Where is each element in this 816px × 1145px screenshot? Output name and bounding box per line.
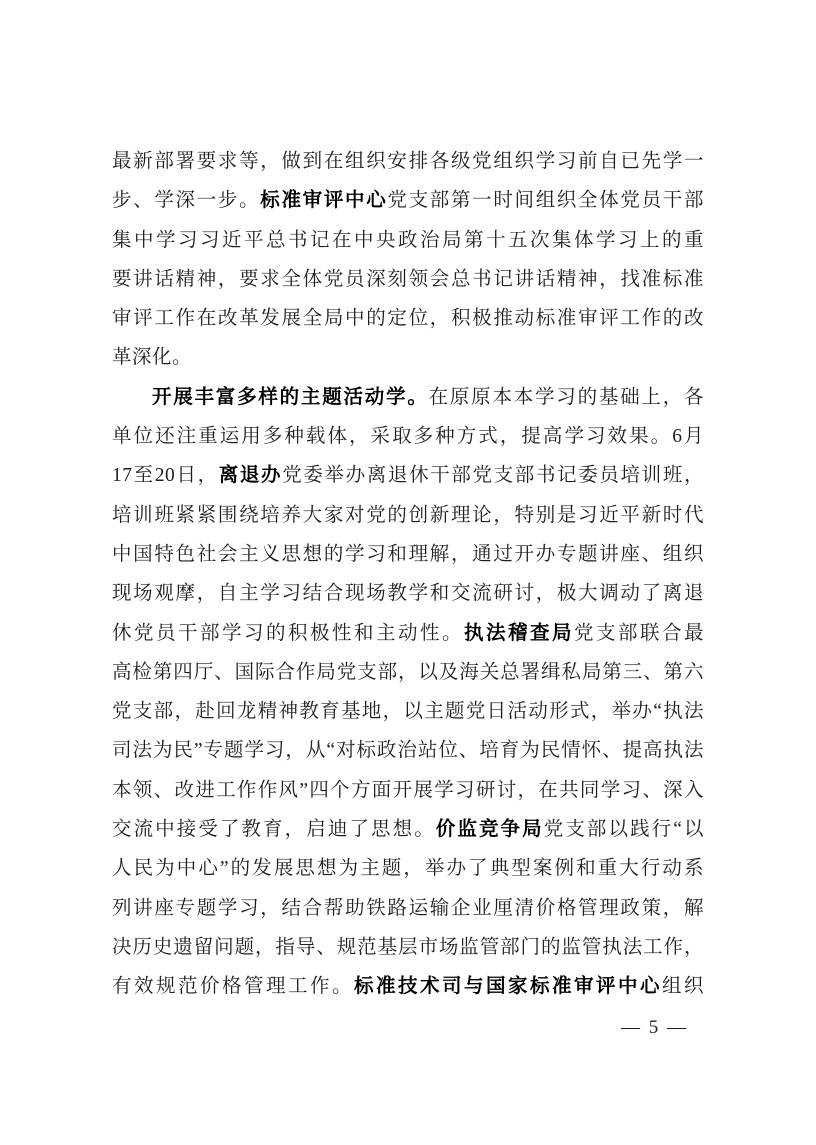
text-run: 审评工作在改革发展全局中的定位，积极推动标准审评工作的改 — [112, 308, 704, 329]
text-line: 审评工作在改革发展全局中的定位，积极推动标准审评工作的改 — [112, 299, 704, 338]
text-line: 列讲座专题学习，结合帮助铁路运输企业厘清价格管理政策，解 — [112, 889, 704, 928]
text-line: 单位还注重运用多种载体，采取多种方式，提高学习效果。6月 — [112, 417, 704, 456]
text-run: 党支部，赴回龙精神教育基地，以主题党日活动形式，举办“执法 — [112, 701, 704, 722]
paragraph-2: 开展丰富多样的主题活动学。在原原本本学习的基础上，各单位还注重运用多种载体，采取… — [112, 378, 704, 1007]
text-line: 有效规范价格管理工作。标准技术司与国家标准审评中心组织 — [112, 967, 704, 1006]
text-run: 革深化。 — [112, 347, 192, 368]
text-run: 中国特色社会主义思想的学习和理解，通过开办专题讲座、组织 — [112, 544, 704, 565]
text-line: 党支部，赴回龙精神教育基地，以主题党日活动形式，举办“执法 — [112, 692, 704, 731]
text-run: 有效规范价格管理工作。 — [112, 976, 354, 997]
text-line: 17至20日，离退办党委举办离退休干部党支部书记委员培训班， — [112, 456, 704, 495]
text-run: 决历史遗留问题，指导、规范基层市场监管部门的监管执法工作， — [112, 937, 704, 958]
text-run-bold: 价监竞争局 — [436, 819, 544, 840]
text-line: 现场观摩，自主学习结合现场教学和交流研讨，极大调动了离退 — [112, 574, 704, 613]
text-line: 中国特色社会主义思想的学习和理解，通过开办专题讲座、组织 — [112, 535, 704, 574]
text-run: 组织 — [662, 976, 704, 997]
text-line: 要讲话精神，要求全体党员深刻领会总书记讲话精神，找准标准 — [112, 260, 704, 299]
text-run-bold: 标准审评中心 — [260, 190, 387, 211]
text-line: 最新部署要求等，做到在组织安排各级党组织学习前自已先学一 — [112, 142, 704, 181]
text-line: 开展丰富多样的主题活动学。在原原本本学习的基础上，各 — [112, 378, 704, 417]
text-run: 高检第四厅、国际合作局党支部，以及海关总署缉私局第三、第六 — [112, 662, 704, 683]
text-line: 革深化。 — [112, 338, 704, 377]
text-run-bold: 离退办 — [219, 465, 282, 486]
text-line: 司法为民”专题学习，从“对标政治站位、培育为民情怀、提高执法 — [112, 731, 704, 770]
text-line: 培训班紧紧围绕培养大家对党的创新理论，特别是习近平新时代 — [112, 496, 704, 535]
text-run: 集中学习习近平总书记在中央政治局第十五次集体学习上的重 — [112, 230, 704, 251]
text-run: 培训班紧紧围绕培养大家对党的创新理论，特别是习近平新时代 — [112, 505, 704, 526]
text-run: 在原原本本学习的基础上，各 — [429, 387, 704, 408]
text-line: 本领、改进工作作风”四个方面开展学习研讨，在共同学习、深入 — [112, 771, 704, 810]
text-line: 人民为中心”的发展思想为主题，举办了典型案例和重大行动系 — [112, 849, 704, 888]
text-run-bold: 开展丰富多样的主题活动学。 — [152, 387, 429, 408]
text-run: 党支部第一时间组织全体党员干部 — [387, 190, 704, 211]
text-line: 决历史遗留问题，指导、规范基层市场监管部门的监管执法工作， — [112, 928, 704, 967]
text-run: 本领、改进工作作风”四个方面开展学习研讨，在共同学习、深入 — [112, 780, 704, 801]
text-run: 列讲座专题学习，结合帮助铁路运输企业厘清价格管理政策，解 — [112, 898, 704, 919]
text-line: 集中学习习近平总书记在中央政治局第十五次集体学习上的重 — [112, 221, 704, 260]
text-line: 高检第四厅、国际合作局党支部，以及海关总署缉私局第三、第六 — [112, 653, 704, 692]
document-body: 最新部署要求等，做到在组织安排各级党组织学习前自已先学一步、学深一步。标准审评中… — [112, 142, 704, 1007]
text-run-bold: 标准技术司与国家标准审评中心 — [354, 976, 662, 997]
text-run: 单位还注重运用多种载体，采取多种方式，提高学习效果。6月 — [112, 426, 704, 447]
text-run: 党支部联合最 — [574, 623, 704, 644]
page-number: — 5 — — [112, 1008, 704, 1047]
text-run: 现场观摩，自主学习结合现场教学和交流研讨，极大调动了离退 — [112, 583, 704, 604]
document-page: 最新部署要求等，做到在组织安排各级党组织学习前自已先学一步、学深一步。标准审评中… — [0, 0, 816, 1145]
text-line: 步、学深一步。标准审评中心党支部第一时间组织全体党员干部 — [112, 181, 704, 220]
text-run-bold: 执法稽查局 — [464, 623, 574, 644]
text-run: 最新部署要求等，做到在组织安排各级党组织学习前自已先学一 — [112, 151, 704, 172]
text-run: 休党员干部学习的积极性和主动性。 — [112, 623, 464, 644]
page-number-label: — 5 — — [621, 1017, 688, 1038]
text-run: 步、学深一步。 — [112, 190, 260, 211]
text-run: 交流中接受了教育，启迪了思想。 — [112, 819, 436, 840]
paragraph-1: 最新部署要求等，做到在组织安排各级党组织学习前自已先学一步、学深一步。标准审评中… — [112, 142, 704, 378]
text-run: 党支部以践行“以 — [544, 819, 704, 840]
text-line: 交流中接受了教育，启迪了思想。价监竞争局党支部以践行“以 — [112, 810, 704, 849]
text-run: 17至20日， — [112, 465, 219, 486]
text-run: 司法为民”专题学习，从“对标政治站位、培育为民情怀、提高执法 — [112, 740, 704, 761]
text-run: 人民为中心”的发展思想为主题，举办了典型案例和重大行动系 — [112, 858, 704, 879]
text-line: 休党员干部学习的积极性和主动性。执法稽查局党支部联合最 — [112, 614, 704, 653]
text-run: 党委举办离退休干部党支部书记委员培训班， — [282, 465, 704, 486]
text-run: 要讲话精神，要求全体党员深刻领会总书记讲话精神，找准标准 — [112, 269, 704, 290]
